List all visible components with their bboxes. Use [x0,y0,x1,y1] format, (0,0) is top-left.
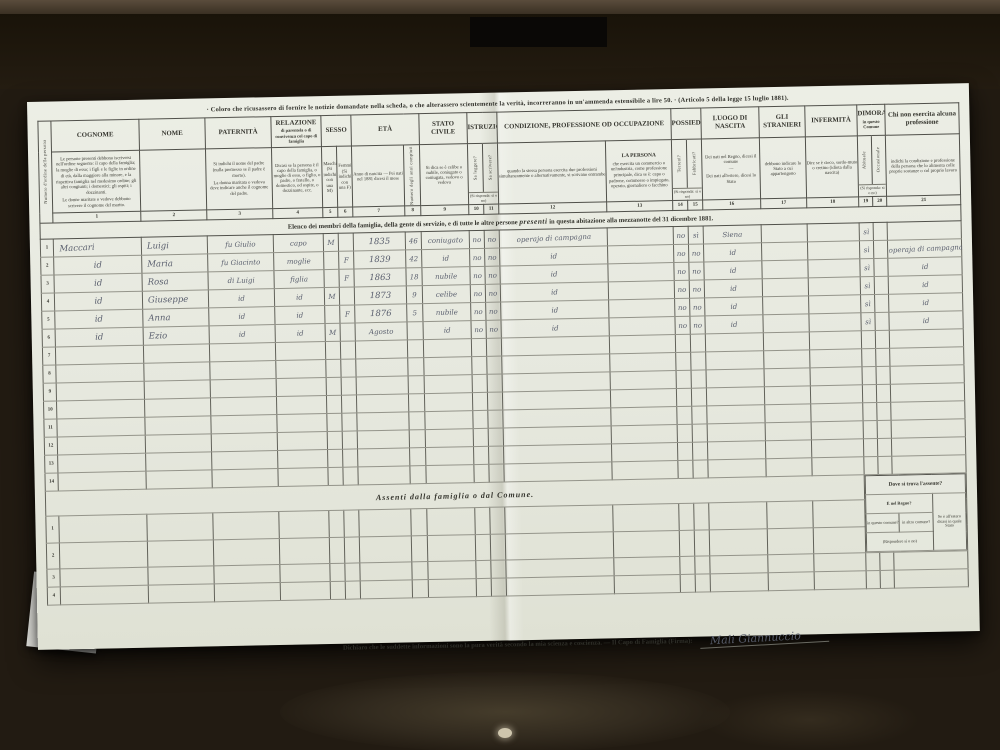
column-header-stato-civile: STATO CIVILE [419,113,468,145]
empty-cell [707,405,765,424]
cell-occasionale [873,222,887,240]
empty-cell [280,564,330,583]
abituale-vertical: Abituale [862,151,867,169]
col-num-6: 6 [338,207,353,217]
row-number: 10 [44,401,57,419]
row-number: 1 [46,516,60,543]
empty-cell [276,360,326,379]
empty-cell [212,451,278,470]
cell-terreni: no [674,262,689,280]
cell-anno-nascita: Agosto [355,322,407,341]
cell-anni: 18 [406,268,422,286]
empty-cell [328,467,343,485]
empty-cell [889,329,963,348]
empty-cell [811,403,863,422]
empty-cell [677,424,692,442]
empty-cell [710,555,768,574]
column-header-luogo-nascita: LUOGO DI NASCITA [701,107,760,139]
empty-cell [676,370,691,388]
empty-cell [505,531,614,560]
empty-cell [880,552,894,570]
cell-sa-scrivere: no [485,266,500,284]
row-number: 2 [46,542,60,569]
empty-cell [695,556,710,574]
cell-relazione: capo [273,234,323,253]
desc-nome [139,149,206,211]
empty-cell [813,500,866,528]
cell-sesso-m: M [323,233,338,251]
row-number: 8 [43,365,56,383]
desc-luogo-nascita: Dei nati nel Regno, dicesi il comune — D… [701,138,760,200]
empty-cell [148,566,214,585]
cell-nome: Ezio [143,326,209,345]
cell-abituale: sì [860,259,874,277]
empty-cell [862,367,876,385]
empty-cell [326,359,341,377]
empty-cell [864,456,878,474]
table-edge-strip [0,0,1000,14]
dimora-note: (Si risponda: sì o no) [859,184,886,196]
desc-paternita: Si indichi il nome del padre (nulla prem… [205,148,272,210]
box-regno-header: È nel Regno? [866,493,933,513]
empty-cell [277,432,327,451]
row-number: 2 [41,257,54,275]
cell-abituale: sì [859,223,873,241]
empty-cell [707,441,765,460]
empty-cell [209,343,275,362]
cell-sa-scrivere: no [485,248,500,266]
sesso-f-note: (Si indichi con una F) [338,168,350,190]
empty-cell [424,393,472,412]
empty-cell [472,392,487,410]
empty-cell [426,465,474,484]
empty-cell [60,567,148,587]
empty-cell [276,396,326,415]
cell-fabbricati: no [689,280,704,298]
empty-cell [144,398,210,417]
empty-cell [810,367,862,386]
empty-cell [428,561,476,580]
light-spot [498,728,512,738]
empty-cell [709,502,768,530]
cell-stranieri [761,224,807,243]
empty-cell [427,508,476,535]
empty-cell [425,429,473,448]
paternita-instructions-2: La donna maritata o vedova deve indicare… [209,179,270,197]
empty-cell [809,331,861,350]
empty-cell [342,413,357,431]
sa-leggere-vertical: Sa leggere? [473,156,478,180]
empty-cell [476,560,491,578]
empty-cell [811,421,863,440]
cell-nome: Anna [143,308,209,327]
empty-cell [765,404,811,423]
empty-cell [279,537,330,564]
empty-cell [611,425,677,444]
cell-sa-leggere: no [469,230,484,248]
cell-sesso-f: F [339,251,354,269]
desc-condizione: quando la stessa persona esercita due pr… [497,141,606,204]
cell-la-persona [608,263,674,282]
empty-cell [487,374,502,392]
luogo-desc-1: Dei nati nel Regno, dicesi il comune [704,153,757,166]
dark-object [470,17,607,47]
empty-cell [680,574,695,592]
cell-terreni: no [674,244,689,262]
empty-cell [862,349,876,367]
empty-cell [767,501,814,528]
empty-cell [705,333,763,352]
desc-cognome: Le persone presenti debbono iscriversi n… [52,150,141,213]
empty-cell [811,439,863,458]
empty-cell [677,406,692,424]
empty-cell [491,578,506,596]
empty-cell [58,471,146,491]
empty-cell [409,412,425,430]
col-num-8: 8 [405,206,421,216]
anni-compiuti-vertical: Numero degli anni compiuti [409,146,415,205]
empty-cell [358,466,410,485]
empty-cell [675,334,690,352]
column-header-eta: ETÀ [351,114,420,146]
cell-sesso-f: F [340,305,355,323]
cell-nome: Giuseppe [142,290,208,309]
cell-stato-civile: nubile [422,267,470,286]
empty-cell [676,352,691,370]
desc-chi-non-esercita: indichi la condizione e professione dell… [885,134,960,196]
cell-cognome: id [55,327,143,347]
empty-cell [326,377,341,395]
possiede-note: (Si risponda: sì o no) [673,188,702,200]
empty-cell [710,573,768,592]
cell-sesso-m [324,269,339,287]
cell-anno-nascita: 1863 [354,268,406,287]
empty-cell [878,456,892,474]
empty-cell [145,416,211,435]
empty-cell [146,452,212,471]
empty-cell [326,395,341,413]
empty-cell [890,347,964,366]
empty-cell [472,356,487,374]
empty-cell [862,385,876,403]
empty-cell [210,379,276,398]
cell-luogo: id [704,279,762,298]
la-persona-title: LA PERSONA [608,152,669,160]
empty-cell [609,335,675,354]
empty-cell [764,386,810,405]
empty-cell [412,580,428,598]
vertical-column-label: Numero d'ordine della persona [43,140,49,204]
cell-fabbricati: no [690,316,705,334]
header-group: Numero d'ordine della persona COGNOME NO… [38,103,961,239]
column-header-infermita: INFERMITÀ [805,105,858,137]
empty-cell [488,428,503,446]
col-num-11: 11 [484,204,499,214]
empty-cell [876,366,890,384]
empty-cell [356,394,408,413]
empty-cell [359,509,412,537]
empty-cell [866,552,880,570]
cell-condizione: id [500,282,608,302]
cell-chi-non-esercita: id [888,257,962,276]
empty-cell [613,504,680,532]
cell-infermita [809,313,861,332]
empty-cell [877,402,891,420]
cell-fabbricati: sì [688,226,703,244]
row-number: 3 [47,569,60,587]
cell-luogo: id [705,297,763,316]
column-header-dimora: DIMORA in questo Comune [857,104,886,136]
empty-cell [613,530,680,558]
empty-cell [341,359,356,377]
occasionale-vertical: Occasionale [876,147,881,172]
empty-cell [506,576,614,596]
col-num-19: 19 [859,197,873,207]
column-header-stranieri: GLI STRANIERI [759,106,806,138]
empty-rows-group: 7891011121314 [42,329,966,491]
empty-cell [279,511,330,538]
cell-occasionale [875,294,889,312]
desc-relazione: Dicasi se la persona è il capo della fam… [271,147,322,209]
desc-istruzione: Sa leggere? Sa scrivere? (Si risponda: s… [467,143,498,205]
empty-cell [504,462,612,482]
empty-cell [327,413,342,431]
empty-cell [709,528,768,556]
empty-cell [679,530,695,557]
cell-sa-leggere: no [470,284,485,302]
column-header-relazione: RELAZIONE di parentela o di convivenza c… [271,116,322,148]
cell-cognome: Maccari [53,236,142,258]
empty-cell [680,556,695,574]
empty-cell [276,378,326,397]
cell-sa-leggere: no [471,320,486,338]
cell-paternita: fu Giacinto [208,253,274,272]
row-number: 13 [45,455,58,473]
photograph-background: · Coloro che ricusassero di fornire le n… [0,0,1000,750]
terreni-vertical: Terreni? [677,155,682,172]
empty-cell [329,537,345,564]
empty-cell [706,351,764,370]
cell-sa-leggere: no [471,302,486,320]
empty-cell [814,553,866,572]
empty-cell [486,338,501,356]
empty-cell [764,368,810,387]
empty-cell [428,579,476,598]
empty-cell [426,447,474,466]
cell-cognome: id [54,255,142,275]
cell-nome: Rosa [142,272,208,291]
empty-cell [58,453,146,473]
cell-fabbricati: no [690,298,705,316]
empty-cell [146,470,212,489]
cell-occasionale [873,240,887,258]
box-note: (Rispondere sì o no) [866,531,933,551]
col-num-14: 14 [673,200,688,210]
declaration-line: Dichiaro che le suddette informazioni so… [343,627,969,654]
desc-infermita: Dire se è cieco, sordo-muto o cretino (i… [805,136,858,198]
empty-cell [427,534,476,561]
column-header-cognome: COGNOME [51,119,140,152]
cell-sesso-f [340,323,355,341]
empty-cell [472,374,487,392]
empty-cell [344,536,360,563]
sa-scrivere-vertical: Sa scrivere? [488,155,493,181]
luogo-desc-2: Dei nati all'estero, dicesi lo Stato [705,172,758,185]
empty-cell [691,352,706,370]
cell-stato-civile: id [422,249,470,268]
family-member-rows: 1 Maccari Luigi fu Giulio capo M 1835 46… [40,221,963,347]
empty-cell [707,423,765,442]
cell-sesso-m [325,305,340,323]
empty-cell [610,389,676,408]
empty-cell [706,369,764,388]
row-number: 1 [40,239,53,257]
cognome-instructions: Le persone presenti debbono iscriversi n… [54,154,138,196]
col-num-10: 10 [469,204,484,214]
empty-cell [357,430,409,449]
cell-abituale: sì [861,295,875,313]
empty-cell [147,539,214,567]
empty-cell [765,422,811,441]
cell-stranieri [763,296,809,315]
empty-cell [412,562,428,580]
desc-sesso-maschile: Maschile (Si indichi con una M) [321,146,337,207]
empty-cell [211,415,277,434]
cell-anno-nascita: 1873 [354,286,406,305]
row-number: 6 [42,329,55,347]
cell-stranieri [762,278,808,297]
cell-la-persona [608,281,674,300]
cell-abituale: sì [859,241,873,259]
declaration-text: Dichiaro che le suddette informazioni so… [343,638,693,652]
cell-stato-civile: celibe [422,285,470,304]
empty-cell [329,510,345,537]
desc-la-persona: LA PERSONA che esercita un commercio o u… [605,140,672,202]
dimora-label: DIMORA [857,110,884,118]
column-header-chi-non-esercita: Chi non esercita alcuna professione [885,103,960,135]
empty-cell [425,411,473,430]
empty-cell [357,412,409,431]
empty-cell [60,585,148,605]
empty-cell [690,334,705,352]
row-number: 7 [42,347,55,365]
cognome-instructions-2: Le donne maritate o vedove debbono scriv… [55,196,138,209]
desc-dimora: Abituale Occasionale (Si risponda: sì o … [857,135,886,197]
column-header-sesso: SESSO [321,115,352,147]
empty-cell [411,509,428,536]
cell-stranieri [762,260,808,279]
empty-cell [876,348,890,366]
cell-stato-civile: coniugato [421,231,469,250]
empty-cell [503,408,611,428]
empty-cell [407,340,423,358]
cell-anno-nascita: 1876 [355,304,407,323]
surface-blotch [280,672,730,750]
desc-sesso-femminile: Femminile (Si indichi con una F) [336,146,352,207]
empty-cell [489,446,504,464]
empty-cell [474,446,489,464]
empty-cell [475,534,491,561]
empty-cell [143,344,209,363]
cell-la-persona [608,245,674,264]
row-number: 3 [41,275,54,293]
cell-sesso-m: M [324,287,339,305]
empty-cell [502,390,610,410]
census-form-sheet: · Coloro che ricusassero di fornire le n… [27,83,980,650]
empty-cell [55,345,143,365]
empty-cell [328,449,343,467]
cell-occasionale [874,258,888,276]
cell-paternita: di Luigi [208,271,274,290]
empty-cell [506,558,614,578]
empty-cell [343,449,358,467]
empty-cell [330,563,345,581]
empty-cell [275,342,325,361]
empty-cell [866,570,880,588]
empty-cell [327,431,342,449]
empty-cell [278,450,328,469]
cell-chi-non-esercita: operaja di campagna [887,238,962,259]
col-num-20: 20 [873,196,887,206]
desc-stato-civile: Si dica se è celibe o nubile, coniugato … [419,144,468,206]
cell-anno-nascita: 1835 [353,232,405,251]
empty-cell [341,377,356,395]
empty-cell [678,460,693,478]
empty-cell [330,581,345,599]
row-number: 4 [41,293,54,311]
empty-cell [345,581,360,599]
empty-cell [679,503,695,530]
empty-cell [56,381,144,401]
row-number: 14 [45,473,58,491]
empty-cell [863,403,877,421]
istruzione-note: (Si risponda: sì o no) [469,192,498,204]
cell-abituale: sì [861,313,875,331]
cell-cognome: id [55,309,143,329]
empty-cell [504,444,612,464]
empty-cell [148,584,214,603]
empty-cell [473,428,488,446]
empty-cell [505,505,614,534]
band-emphasis: presenti [519,217,547,227]
empty-cell [894,569,968,588]
empty-cell [355,340,407,359]
empty-cell [880,570,894,588]
cell-anni: 5 [407,304,423,322]
empty-cell [359,535,412,563]
empty-cell [877,420,891,438]
empty-cell [694,529,710,556]
empty-cell [767,527,814,554]
empty-cell [765,440,811,459]
empty-cell [876,384,890,402]
empty-cell [424,357,472,376]
cell-anni: 42 [406,250,422,268]
cell-relazione: figlia [274,270,324,289]
band-pre: Elenco dei membri della famiglia, della … [288,219,520,231]
cell-sesso-m: M [325,323,340,341]
cell-relazione: id [275,324,325,343]
cell-occasionale [875,312,889,330]
cell-condizione: id [500,264,608,284]
empty-cell [894,551,968,570]
empty-cell [56,363,144,383]
empty-cell [502,372,610,392]
empty-cell [340,341,355,359]
box-title: Dove si trova l'assente? [865,474,965,495]
empty-cell [214,565,280,584]
empty-cell [408,376,424,394]
